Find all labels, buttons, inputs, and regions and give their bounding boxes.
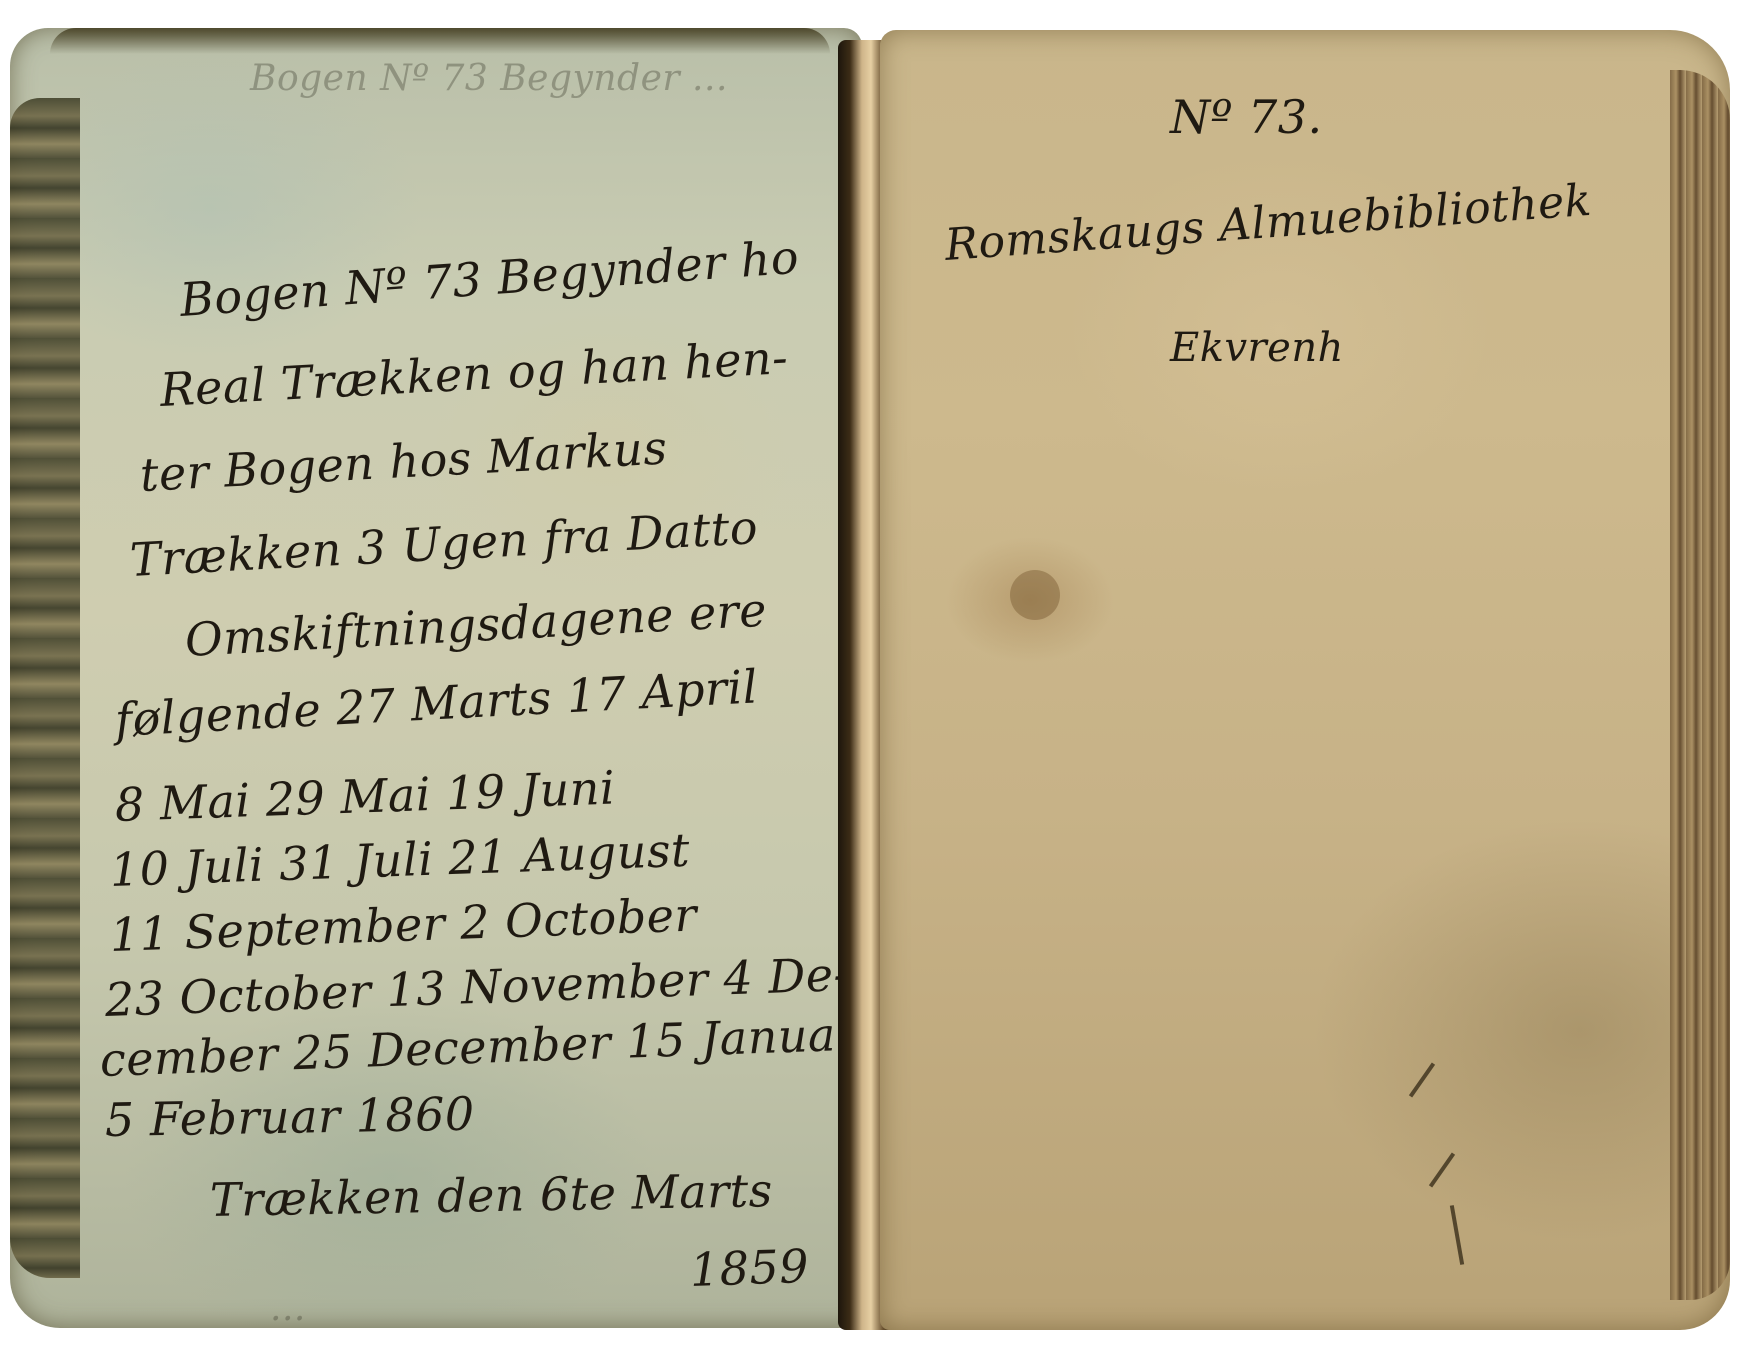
text-line-4: Trækken 3 Ugen fra Datto <box>129 500 760 587</box>
right-page: Nº 73. Romskaugs Almuebibliothek Ekvrenh <box>880 30 1730 1330</box>
text-line-7: 8 Mai 29 Mai 19 Juni <box>114 761 616 832</box>
signature-year: 1859 <box>689 1239 810 1297</box>
signature-line: Trækken den 6te Marts <box>210 1163 774 1227</box>
pencil-mark-3 <box>1450 1205 1464 1265</box>
faint-header-text: Bogen Nº 73 Begynder ... <box>250 58 728 99</box>
text-line-2: Real Trækken og han hen- <box>159 330 790 417</box>
left-cover-edge <box>10 98 80 1278</box>
right-fore-edge <box>1670 70 1730 1300</box>
pencil-mark-2 <box>1429 1152 1455 1187</box>
text-line-8: 10 Juli 31 Juli 21 August <box>109 823 691 897</box>
text-line-9: 11 September 2 October <box>109 888 698 962</box>
text-line-6: følgende 27 Marts 17 April <box>114 659 760 747</box>
open-book: Bogen Nº 73 Begynder ... Bogen Nº 73 Beg… <box>0 0 1761 1354</box>
faint-footer-text: ... <box>270 1288 306 1329</box>
text-line-5: Omskiftningsdagene ere <box>184 583 769 667</box>
place-name: Ekvrenh <box>1170 325 1344 371</box>
library-name: Romskaugs Almuebibliothek <box>943 175 1593 271</box>
left-top-edge <box>50 28 830 54</box>
text-line-12: 5 Februar 1860 <box>105 1087 476 1147</box>
text-line-1: Bogen Nº 73 Begynder ho <box>178 230 801 327</box>
left-page: Bogen Nº 73 Begynder ... Bogen Nº 73 Beg… <box>10 28 862 1328</box>
pencil-mark-1 <box>1409 1062 1435 1097</box>
book-number: Nº 73. <box>1170 90 1323 144</box>
text-line-3: ter Bogen hos Markus <box>139 420 669 502</box>
foxing-stain <box>1010 570 1060 620</box>
